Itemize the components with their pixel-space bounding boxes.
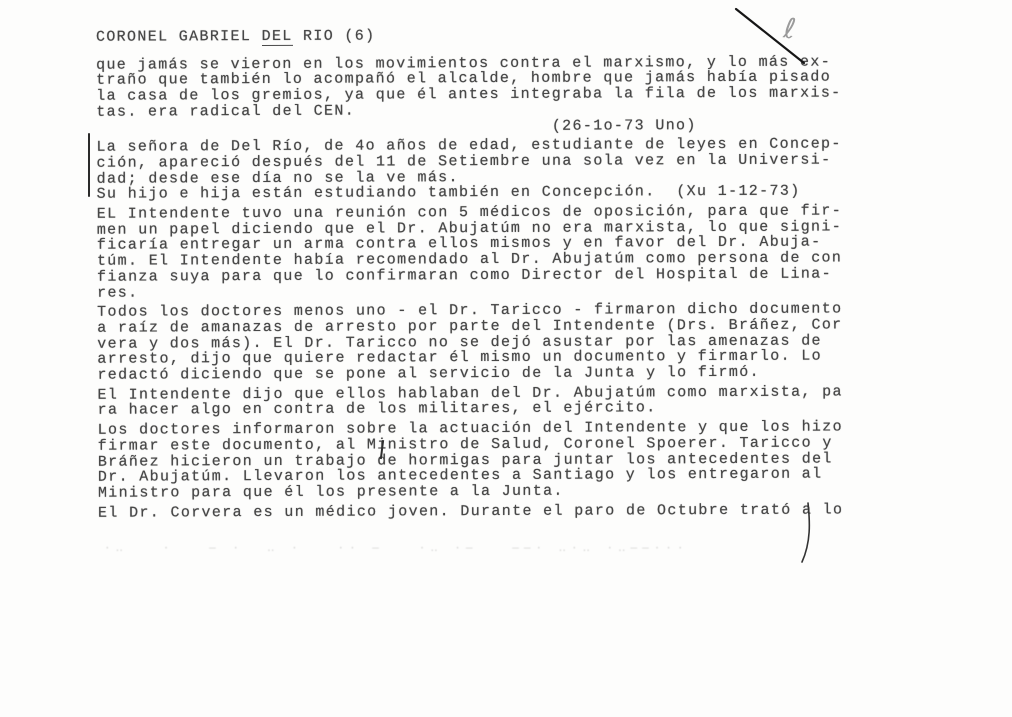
title-prefix: CORONEL GABRIEL bbox=[96, 28, 262, 46]
pen-margin-mark bbox=[88, 133, 90, 197]
scanned-document-page: CORONEL GABRIEL DEL RIO (6) que jamás se… bbox=[0, 0, 1012, 717]
paragraph-6: Los doctores informaron sobre la actuaci… bbox=[98, 419, 888, 501]
pen-diagonal-stroke bbox=[700, 0, 830, 75]
title-underlined-word: DEL bbox=[262, 28, 293, 46]
faded-ghost-text: ·‥ · — · ‥ · ·· — ·‥ ·— ——· ‥·‥ ·‥——··· bbox=[104, 541, 844, 555]
paragraph-2: La señora de Del Río, de 4o años de edad… bbox=[96, 136, 886, 202]
pen-vertical-mark bbox=[798, 500, 818, 566]
paragraph-3: EL Intendente tuvo una reunión con 5 méd… bbox=[97, 203, 887, 301]
paragraph-5: El Intendente dijo que ellos hablaban de… bbox=[97, 384, 887, 419]
typewritten-text-block: CORONEL GABRIEL DEL RIO (6) que jamás se… bbox=[96, 26, 888, 525]
paragraph-4: Todos los doctores menos uno - el Dr. Ta… bbox=[97, 302, 887, 384]
paragraph-7: El Dr. Corvera es un médico joven. Duran… bbox=[98, 502, 888, 521]
title-suffix: RIO (6) bbox=[293, 28, 376, 45]
